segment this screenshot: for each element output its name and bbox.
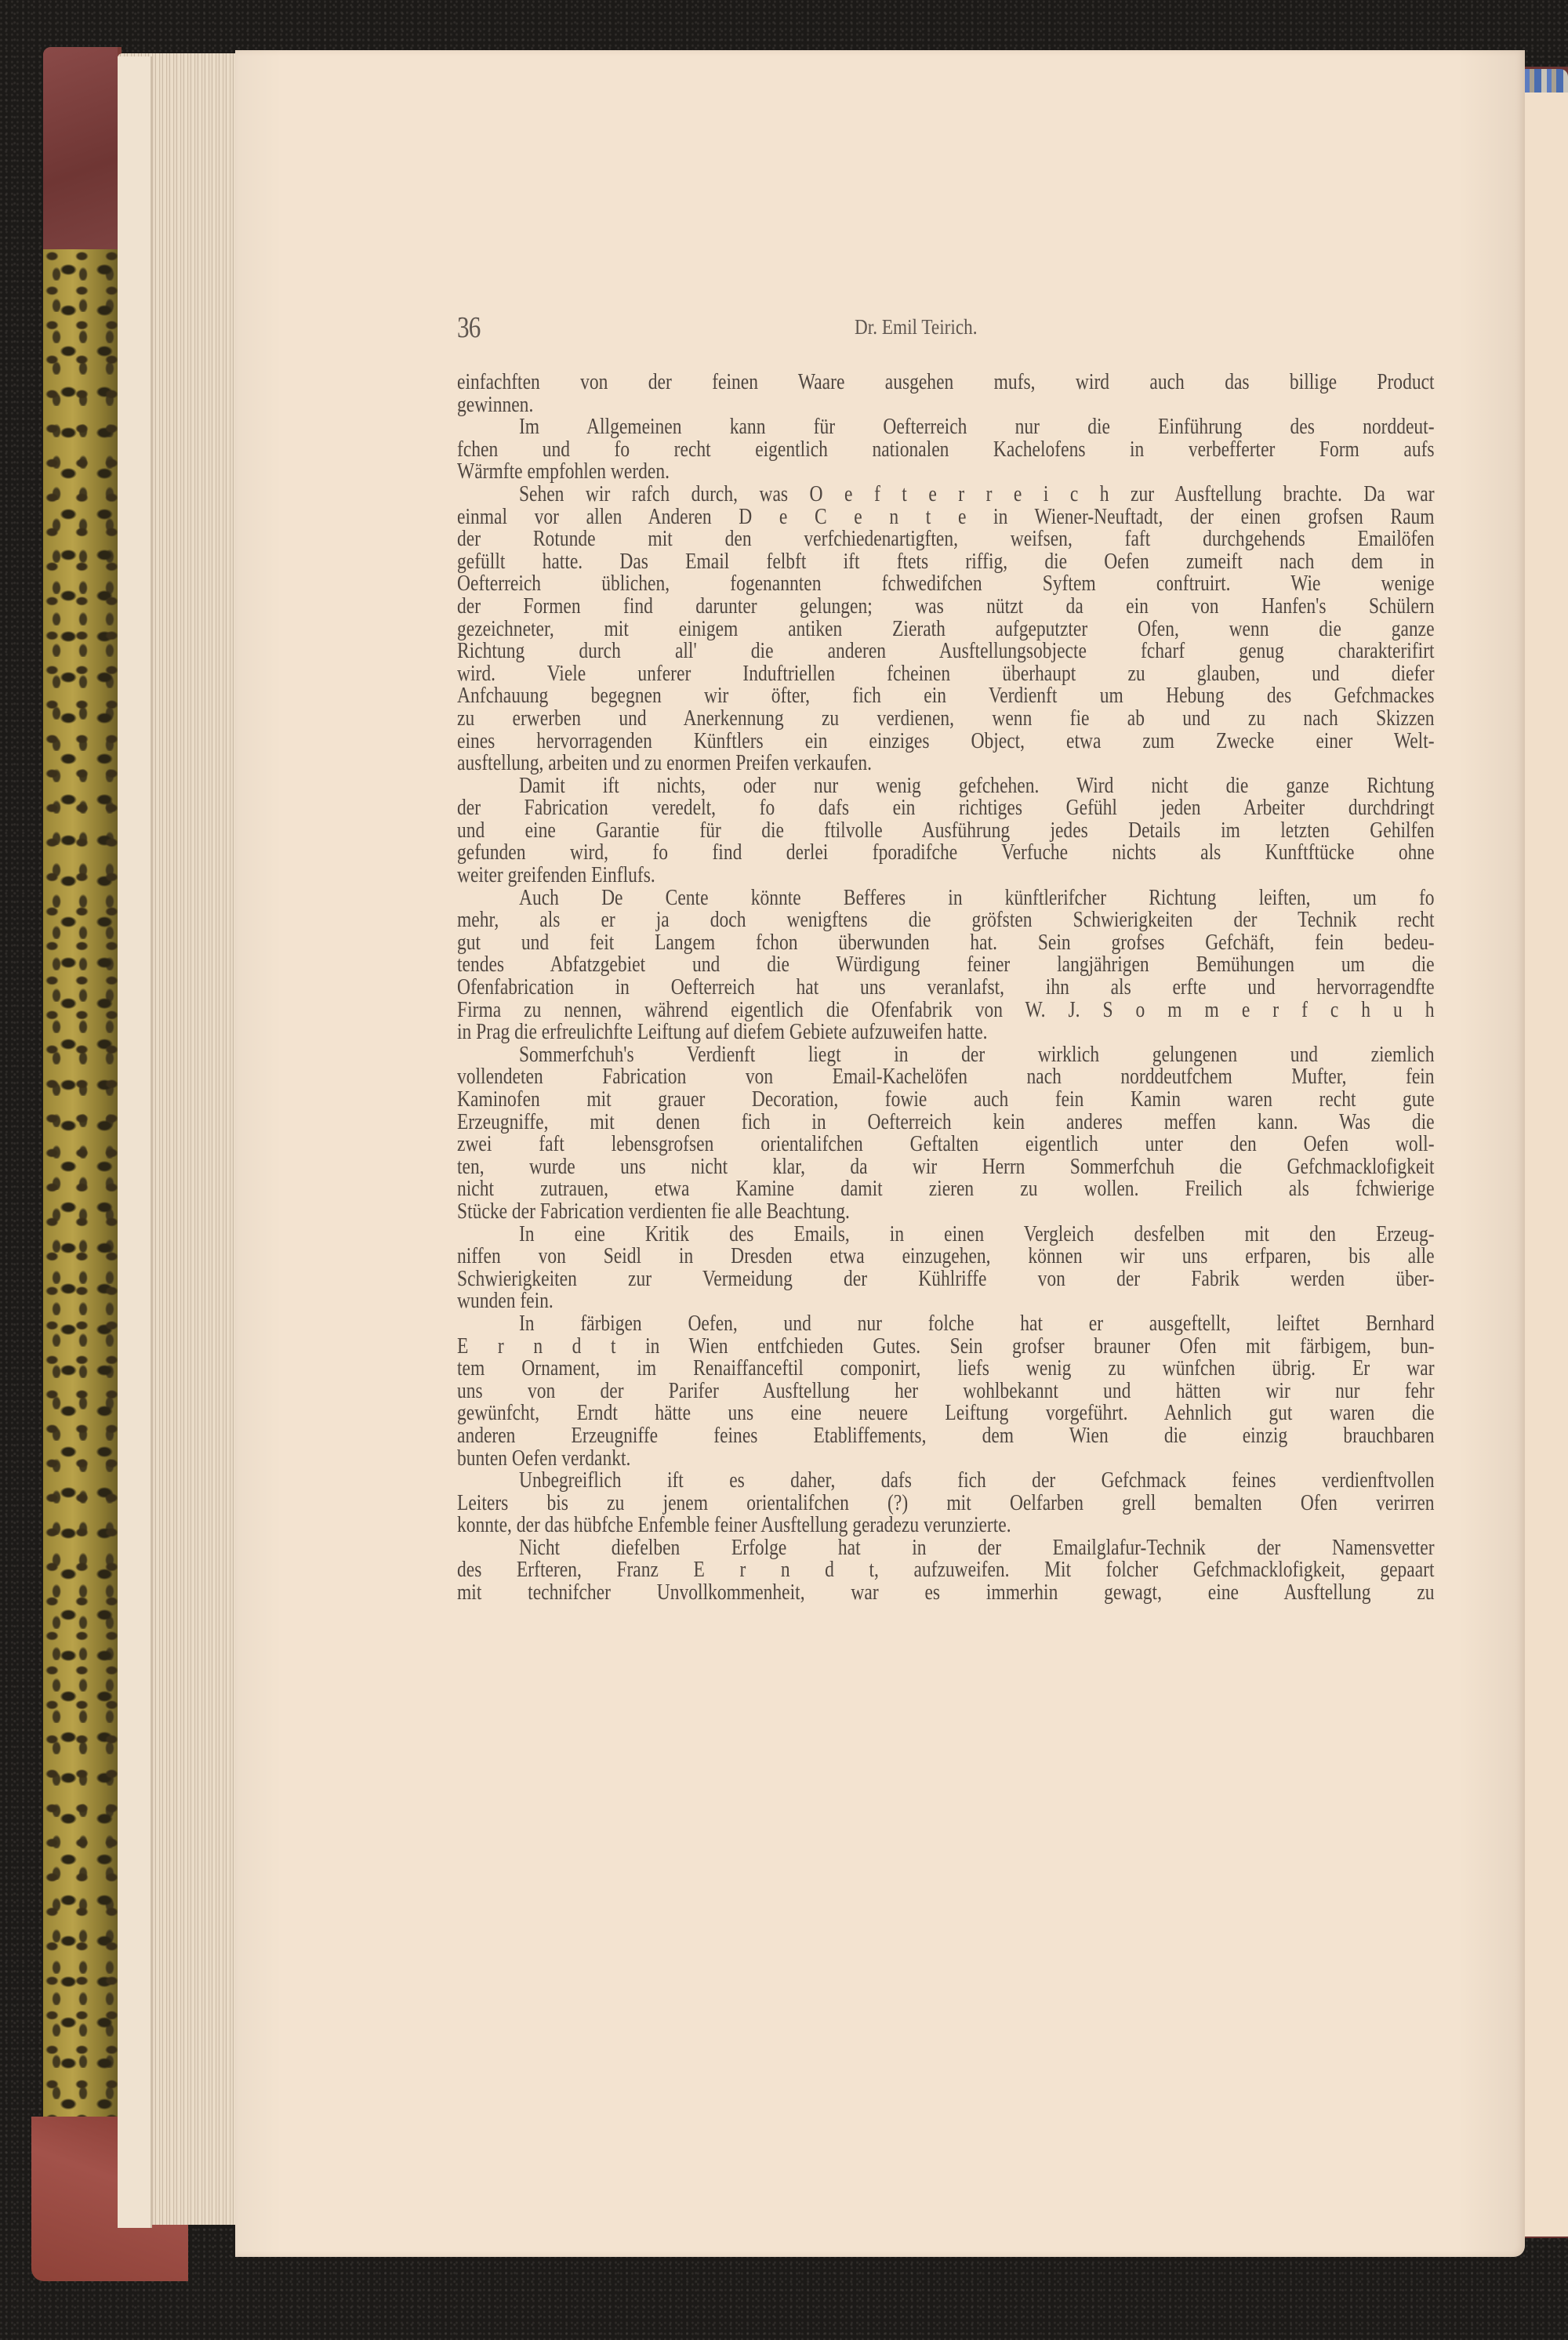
text-line: Stücke der Fabrication verdienten fie al… [457,1201,1435,1224]
facing-page-edge [1523,93,1568,2237]
body-text: einfachften von der feinen Waare ausgehe… [457,372,1435,1605]
text-line: der Fabrication veredelt, fo dafs ein ri… [457,797,1435,820]
text-line: Unbegreiflich ift es daher, dafs fich de… [457,1470,1435,1493]
text-line: mit technifcher Unvollkommenheit, war es… [457,1582,1435,1605]
text-line: Auch De Cente könnte Befferes in künftle… [457,887,1435,910]
text-line: anderen Erzeugniffe feines Etabliffement… [457,1425,1435,1448]
text-line: eines hervorragenden Künftlers ein einzi… [457,731,1435,753]
text-line: gut und feit Langem fchon überwunden hat… [457,932,1435,955]
text-line: Leiters bis zu jenem orientalifchen (?) … [457,1493,1435,1515]
running-head: Dr. Emil Teirich. [855,315,978,339]
text-line: zu erwerben und Anerkennung zu verdienen… [457,708,1435,731]
text-line: Oefterreich üblichen, fogenannten fchwed… [457,573,1435,596]
text-line: Ofenfabrication in Oefterreich hat uns v… [457,977,1435,999]
text-line: Im Allgemeinen kann für Oefterreich nur … [457,416,1435,439]
text-line: bunten Oefen verdankt. [457,1448,1435,1471]
text-line: mehr, als er ja doch wenigftens die gröf… [457,909,1435,932]
text-line: wunden fein. [457,1290,1435,1313]
text-line: fchen und fo recht eigentlich nationalen… [457,439,1435,462]
text-line: gefunden wird, fo find derlei fporadifch… [457,842,1435,865]
text-line: gefüllt hatte. Das Email felbft ift ftet… [457,551,1435,574]
text-line: Sommerfchuh's Verdienft liegt in der wir… [457,1044,1435,1067]
text-line: Nicht diefelben Erfolge hat in der Email… [457,1537,1435,1560]
text-line: Damit ift nichts, oder nur wenig gefcheh… [457,775,1435,798]
text-line: gewinnen. [457,394,1435,417]
text-line: in Prag die erfreulichfte Leiftung auf d… [457,1021,1435,1044]
text-line: der Rotunde mit den verfchiedenartigften… [457,528,1435,551]
text-line: zwei faft lebensgrofsen orientalifchen G… [457,1134,1435,1156]
text-line: Erzeugniffe, mit denen fich in Oefterrei… [457,1112,1435,1134]
text-line: In färbigen Oefen, und nur folche hat er… [457,1313,1435,1336]
text-line: In eine Kritik des Emails, in einen Verg… [457,1224,1435,1246]
text-line: und eine Garantie für die ftilvolle Ausf… [457,820,1435,843]
leather-corner-top [43,47,118,251]
text-line: gewünfcht, Erndt hätte uns eine neuere L… [457,1402,1435,1425]
text-line: uns von der Parifer Ausftellung her wohl… [457,1380,1435,1403]
page-edge-outer [118,56,152,2228]
text-line: E r n d t in Wien entfchieden Gutes. Sei… [457,1336,1435,1359]
text-line: Sehen wir rafch durch, was O e f t e r r… [457,484,1435,506]
marbled-board [43,249,118,2131]
text-line: Richtung durch all' die anderen Ausftell… [457,640,1435,663]
text-line: ten, wurde uns nicht klar, da wir Herrn … [457,1156,1435,1179]
text-line: vollendeten Fabrication von Email-Kachel… [457,1066,1435,1089]
text-line: einmal vor allen Anderen D e C e n t e i… [457,506,1435,529]
text-line: tendes Abfatzgebiet und die Würdigung fe… [457,954,1435,977]
text-line: tem Ornament, im Renaiffanceftil componi… [457,1358,1435,1380]
text-line: weiter greifenden Einflufs. [457,865,1435,887]
text-line: niffen von Seidl in Dresden etwa einzuge… [457,1246,1435,1268]
text-line: der Formen find darunter gelungen; was n… [457,596,1435,619]
text-line: ausftellung, arbeiten und zu enormen Pre… [457,753,1435,775]
text-line: konnte, der das hübfche Enfemble feiner … [457,1515,1435,1537]
text-line: Firma zu nennen, während eigentlich die … [457,999,1435,1022]
text-line: Kaminofen mit grauer Decoration, fowie a… [457,1089,1435,1112]
page-number: 36 [457,310,481,345]
text-line: wird. Viele unferer Induftriellen fchein… [457,663,1435,686]
text-line: des Erfteren, Franz E r n d t, aufzuweif… [457,1559,1435,1582]
text-line: Schwierigkeiten zur Vermeidung der Kühlr… [457,1268,1435,1291]
text-line: gezeichneter, mit einigem antiken Zierat… [457,619,1435,641]
text-line: nicht zutrauen, etwa Kamine damit zieren… [457,1178,1435,1201]
text-line: Wärmfte empfohlen werden. [457,461,1435,484]
text-line: einfachften von der feinen Waare ausgehe… [457,372,1435,394]
text-line: Anfchauung begegnen wir öfter, fich ein … [457,685,1435,708]
